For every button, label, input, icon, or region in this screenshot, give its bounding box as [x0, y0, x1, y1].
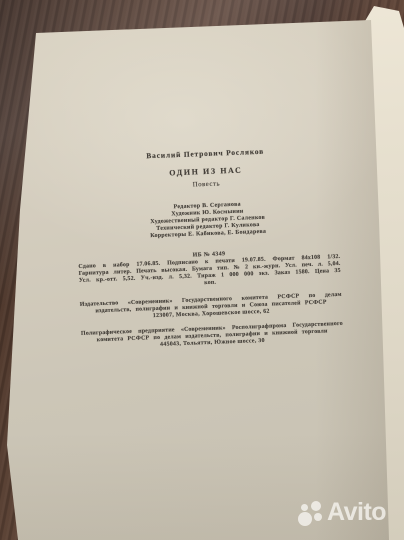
avito-logo-icon	[297, 499, 324, 527]
book-photo: Василий Петрович Росляков ОДИН ИЗ НАС По…	[0, 0, 404, 540]
avito-watermark-label: Avito	[327, 498, 386, 527]
avito-watermark: Avito	[297, 498, 386, 527]
colophon-text-block: Василий Петрович Росляков ОДИН ИЗ НАС По…	[40, 143, 377, 352]
staff-credits: Редактор В. Серганова Художник Ю. Космын…	[42, 197, 373, 244]
